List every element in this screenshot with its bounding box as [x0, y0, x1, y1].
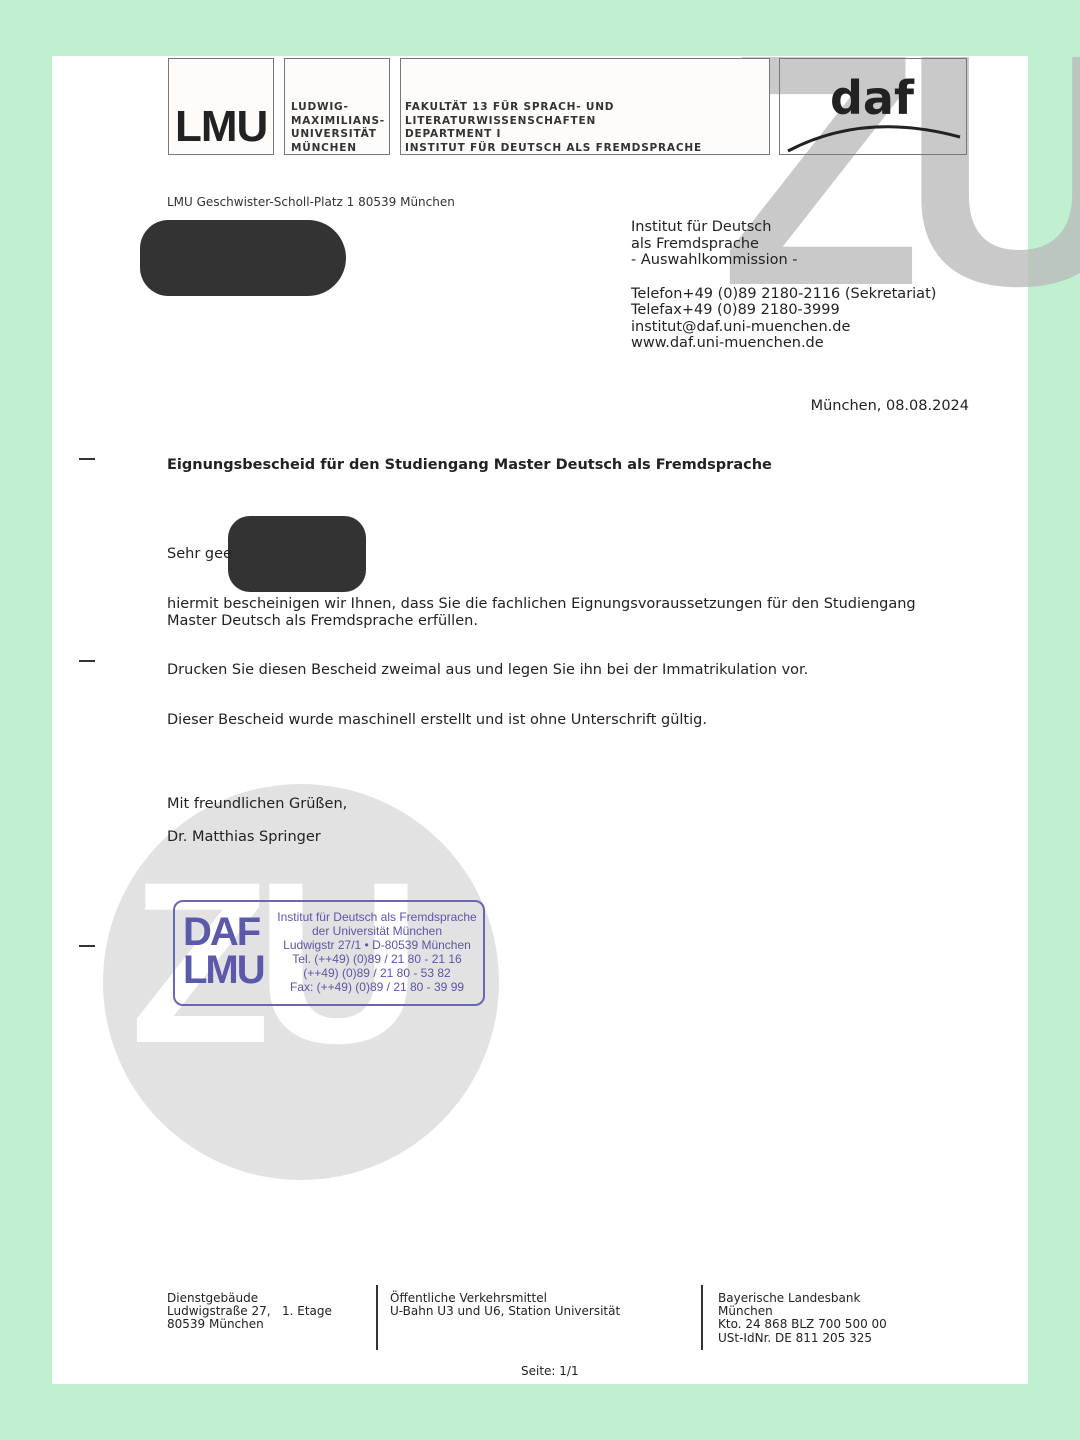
stamp-line: der Universität München [271, 924, 483, 938]
stamp-line: Fax: (++49) (0)89 / 21 80 - 39 99 [271, 980, 483, 994]
stamp-logo-lmu: LMU [183, 952, 264, 988]
institute-line: - Auswahlkommission - [631, 252, 936, 269]
footer-line: USt-IdNr. DE 811 205 325 [718, 1332, 887, 1345]
sender-line: LMU Geschwister-Scholl-Platz 1 80539 Mün… [167, 195, 455, 209]
stamp-line: Institut für Deutsch als Fremdsprache [271, 910, 483, 924]
footer-line: U-Bahn U3 und U6, Station Universität [390, 1305, 620, 1318]
footer-line: Kto. 24 868 BLZ 700 500 00 [718, 1318, 887, 1331]
fax-number: Telefax+49 (0)89 2180-3999 [631, 302, 936, 319]
footer-building: Dienstgebäude Ludwigstraße 27, 1. Etage … [167, 1292, 332, 1332]
university-line: MAXIMILIANS- [291, 115, 385, 129]
university-line: LUDWIG- [291, 101, 385, 115]
salutation: Sehr gee [167, 546, 232, 562]
paragraph-eligibility: hiermit bescheinigen wir Ihnen, dass Sie… [167, 596, 947, 630]
footer-divider [376, 1285, 378, 1350]
paragraph-validity: Dieser Bescheid wurde maschinell erstell… [167, 712, 707, 728]
daf-logo-box: daf [779, 58, 967, 155]
signatory: Dr. Matthias Springer [167, 829, 321, 845]
stamp-line: Tel. (++49) (0)89 / 21 80 - 21 16 [271, 952, 483, 966]
university-line: UNIVERSITÄT [291, 128, 385, 142]
fold-mark [79, 458, 95, 460]
date-line: München, 08.08.2024 [811, 398, 969, 414]
phone-number: Telefon+49 (0)89 2180-2116 (Sekretariat) [631, 286, 936, 303]
page-number: Seite: 1/1 [521, 1365, 579, 1378]
footer-transport: Öffentliche Verkehrsmittel U-Bahn U3 und… [390, 1292, 620, 1318]
faculty-line: INSTITUT FÜR DEUTSCH ALS FREMDSPRACHE [405, 142, 702, 156]
faculty-line: LITERATURWISSENSCHAFTEN [405, 115, 702, 129]
institute-stamp: DAF LMU Institut für Deutsch als Fremdsp… [173, 900, 485, 1006]
closing: Mit freundlichen Grüßen, [167, 796, 347, 812]
faculty-line: FAKULTÄT 13 FÜR SPRACH- UND [405, 101, 702, 115]
website-link[interactable]: www.daf.uni-muenchen.de [631, 335, 936, 352]
email-link[interactable]: institut@daf.uni-muenchen.de [631, 319, 936, 336]
university-name-box: LUDWIG- MAXIMILIANS- UNIVERSITÄT MÜNCHEN [284, 58, 390, 155]
institute-line: als Fremdsprache [631, 236, 936, 253]
stamp-line: Ludwigstr 27/1 • D-80539 München [271, 938, 483, 952]
stamp-line: (++49) (0)89 / 21 80 - 53 82 [271, 966, 483, 980]
contact-block: Institut für Deutsch als Fremdsprache - … [631, 219, 936, 352]
stamp-logo-daf: DAF [183, 914, 259, 950]
subject-line: Eignungsbescheid für den Studiengang Mas… [167, 457, 772, 473]
fold-mark [79, 945, 95, 947]
footer-bank: Bayerische Landesbank München Kto. 24 86… [718, 1292, 887, 1345]
lmu-logo: LMU [175, 102, 267, 152]
fold-mark [79, 660, 95, 662]
redacted-recipient-address [140, 220, 346, 296]
faculty-box: FAKULTÄT 13 FÜR SPRACH- UND LITERATURWIS… [400, 58, 770, 155]
paragraph-print-instruction: Drucken Sie diesen Bescheid zweimal aus … [167, 662, 808, 678]
footer-divider [701, 1285, 703, 1350]
daf-swoosh-icon [784, 115, 964, 155]
faculty-line: DEPARTMENT I [405, 128, 702, 142]
redacted-recipient-name [228, 516, 366, 592]
lmu-logo-box: LMU [168, 58, 274, 155]
footer-line: 80539 München [167, 1318, 332, 1331]
university-line: MÜNCHEN [291, 142, 385, 156]
institute-line: Institut für Deutsch [631, 219, 936, 236]
